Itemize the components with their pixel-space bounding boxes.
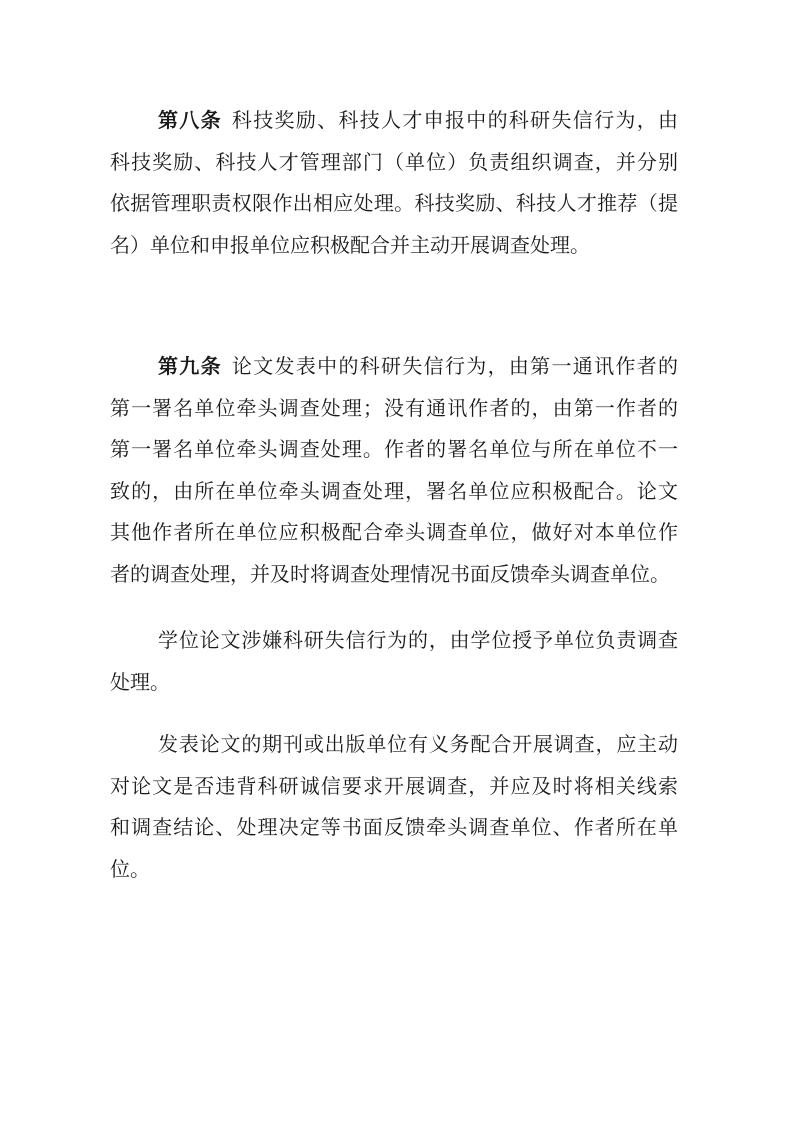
article-number: 第八条 [158, 110, 222, 132]
text-line: 位。 [110, 850, 678, 892]
text-line: 和调查结论、处理决定等书面反馈牵头调查单位、作者所在单 [110, 808, 678, 850]
text-line: 名）单位和申报单位应积极配合并主动开展调查处理。 [110, 226, 678, 268]
text-line: 第八条科技奖励、科技人才申报中的科研失信行为，由 [110, 101, 678, 143]
text-line: 第一署名单位牵头调查处理；没有通讯作者的，由第一作者的 [110, 389, 678, 431]
text-line: 其他作者所在单位应积极配合牵头调查单位，做好对本单位作 [110, 513, 678, 555]
paragraph: 学位论文涉嫌科研失信行为的，由学位授予单位负责调查处理。 [110, 621, 678, 704]
line-text: 论文发表中的科研失信行为，由第一通讯作者的 [232, 356, 678, 378]
text-line: 第九条论文发表中的科研失信行为，由第一通讯作者的 [110, 347, 678, 389]
document-page: 第八条科技奖励、科技人才申报中的科研失信行为，由科技奖励、科技人才管理部门（单位… [0, 0, 793, 1122]
text-line: 对论文是否违背科研诚信要求开展调查，并应及时将相关线索 [110, 767, 678, 809]
text-line: 者的调查处理，并及时将调查处理情况书面反馈牵头调查单位。 [110, 555, 678, 597]
line-text: 科技奖励、科技人才申报中的科研失信行为，由 [232, 110, 678, 132]
text-line: 科技奖励、科技人才管理部门（单位）负责组织调查，并分别 [110, 143, 678, 185]
text-line: 致的，由所在单位牵头调查处理，署名单位应积极配合。论文 [110, 472, 678, 514]
paragraph: 发表论文的期刊或出版单位有义务配合开展调查，应主动对论文是否违背科研诚信要求开展… [110, 725, 678, 891]
text-line: 发表论文的期刊或出版单位有义务配合开展调查，应主动 [110, 725, 678, 767]
document-body: 第八条科技奖励、科技人才申报中的科研失信行为，由科技奖励、科技人才管理部门（单位… [110, 101, 678, 891]
text-line: 处理。 [110, 663, 678, 705]
article-number: 第九条 [158, 356, 222, 378]
paragraph: 第八条科技奖励、科技人才申报中的科研失信行为，由科技奖励、科技人才管理部门（单位… [110, 101, 678, 267]
text-line: 学位论文涉嫌科研失信行为的，由学位授予单位负责调查 [110, 621, 678, 663]
paragraph: 第九条论文发表中的科研失信行为，由第一通讯作者的第一署名单位牵头调查处理；没有通… [110, 347, 678, 596]
text-line: 依据管理职责权限作出相应处理。科技奖励、科技人才推荐（提 [110, 184, 678, 226]
text-line: 第一署名单位牵头调查处理。作者的署名单位与所在单位不一 [110, 430, 678, 472]
